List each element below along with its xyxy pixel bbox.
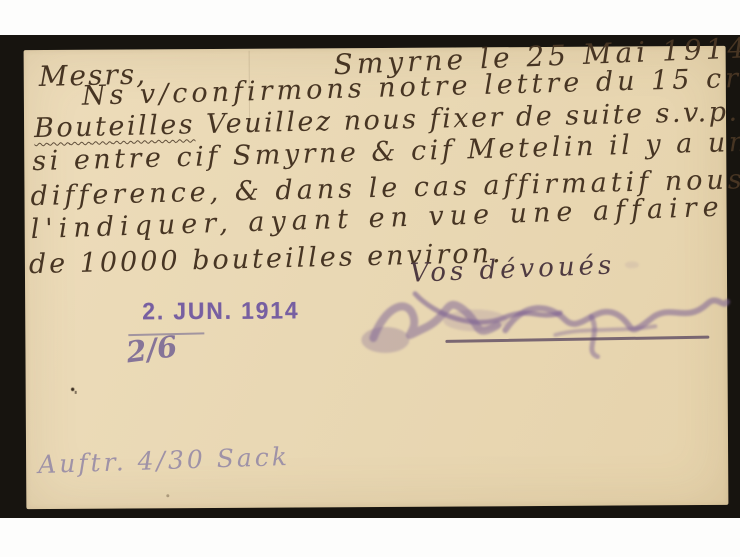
- photo-mat: Smyrne le 25 Mai 1914 Mesrs, Ns v/confir…: [0, 35, 740, 518]
- ink-speck: [71, 387, 75, 392]
- postcard: Smyrne le 25 Mai 1914 Mesrs, Ns v/confir…: [24, 46, 729, 509]
- bouteilles-underlined-word: Bouteilles: [34, 109, 196, 144]
- arrival-date-stamp: 2. JUN. 1914: [142, 297, 299, 326]
- scan-page: Smyrne le 25 Mai 1914 Mesrs, Ns v/confir…: [0, 0, 740, 557]
- crease-mark: [249, 51, 250, 121]
- stain: [625, 261, 639, 268]
- ink-speck: [166, 494, 169, 497]
- fraction-note: 2/6: [124, 329, 179, 369]
- pencil-note: Auftr. 4/30 Sack: [38, 442, 291, 479]
- signature-scrawl: [355, 274, 736, 361]
